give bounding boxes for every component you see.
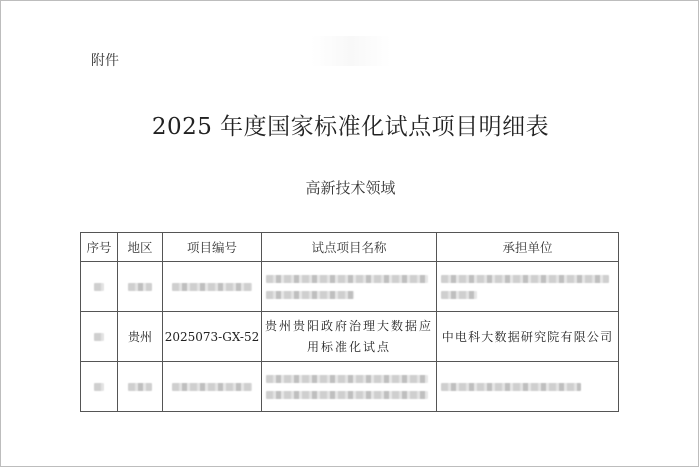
cell-region-redacted — [118, 362, 163, 412]
header-index: 序号 — [81, 233, 118, 262]
cell-index-redacted — [81, 262, 118, 312]
cell-project-name: 贵州贵阳政府治理大数据应用标准化试点 — [262, 312, 437, 362]
header-project-no: 项目编号 — [163, 233, 262, 262]
cell-index-redacted — [81, 362, 118, 412]
attachment-label: 附件 — [91, 50, 119, 70]
document-title: 2025 年度国家标准化试点项目明细表 — [1, 108, 699, 141]
header-project-name: 试点项目名称 — [262, 233, 437, 262]
project-table: 序号 地区 项目编号 试点项目名称 承担单位 贵州 — [80, 232, 619, 412]
document-page: 附件 2025 年度国家标准化试点项目明细表 高新技术领域 序号 地区 项目编号… — [0, 0, 699, 467]
cell-project-name-redacted — [262, 262, 437, 312]
cell-project-no-redacted — [163, 262, 262, 312]
header-organization: 承担单位 — [437, 233, 619, 262]
table-row: 贵州 2025073-GX-52 贵州贵阳政府治理大数据应用标准化试点 中电科大… — [81, 312, 619, 362]
faded-stamp-mark — [311, 36, 391, 66]
section-subtitle: 高新技术领域 — [1, 177, 699, 198]
cell-region: 贵州 — [118, 312, 163, 362]
table-row — [81, 262, 619, 312]
cell-organization-redacted — [437, 262, 619, 312]
cell-project-no: 2025073-GX-52 — [163, 312, 262, 362]
cell-project-no-redacted — [163, 362, 262, 412]
table-row — [81, 362, 619, 412]
cell-index-redacted — [81, 312, 118, 362]
header-region: 地区 — [118, 233, 163, 262]
cell-project-name-redacted — [262, 362, 437, 412]
table-header-row: 序号 地区 项目编号 试点项目名称 承担单位 — [81, 233, 619, 262]
cell-region-redacted — [118, 262, 163, 312]
cell-organization: 中电科大数据研究院有限公司 — [437, 312, 619, 362]
cell-organization-redacted — [437, 362, 619, 412]
